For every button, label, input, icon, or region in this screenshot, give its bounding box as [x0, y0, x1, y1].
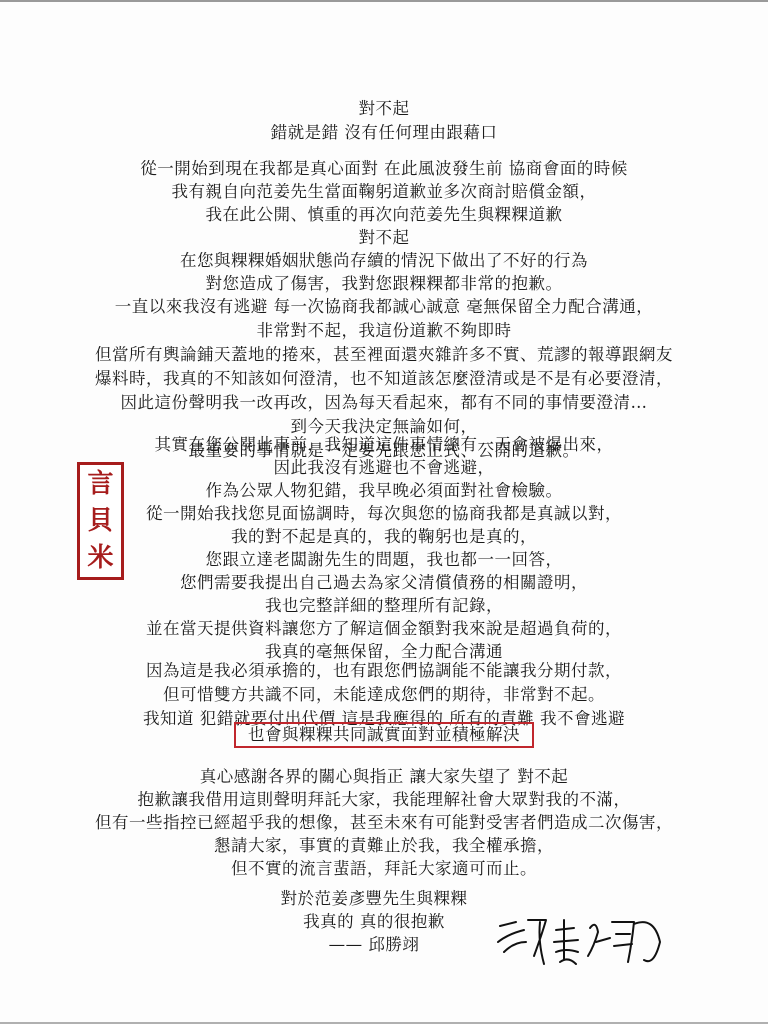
- text-line: 對您造成了傷害，我對您跟粿粿都非常的抱歉。: [0, 273, 768, 295]
- red-seal-stamp-icon: 言 貝 米: [77, 462, 124, 580]
- seal-char: 米: [87, 541, 113, 575]
- text-line: 在您與粿粿婚姻狀態尚存續的情況下做出了不好的行為: [0, 250, 768, 272]
- text-line: 但不實的流言蜚語，拜託大家適可而止。: [0, 858, 768, 880]
- text-line: 爆料時，我真的不知該如何澄清，也不知道該怎麼澄清或是不是有必要澄清，: [0, 368, 768, 390]
- closing-line: 對於范姜彥豐先生與粿粿: [0, 888, 758, 910]
- text-line: 對不起: [0, 227, 768, 249]
- highlighted-line-row: 也會與粿粿共同誠實面對並積極解決: [0, 722, 768, 748]
- text-line: 但當所有輿論鋪天蓋地的捲來，甚至裡面還夾雜許多不實、荒謬的報導跟網友: [0, 344, 768, 366]
- letter-subtitle: 錯就是錯 沒有任何理由跟藉口: [0, 122, 768, 144]
- text-line: 因此這份聲明我一改再改，因為每天看起來，都有不同的事情要澄清…: [0, 392, 768, 414]
- text-line: 其實在您公開此事前，我知道這件事情總有一天會被爆出來，: [0, 434, 768, 456]
- text-line: 我有親自向范姜先生當面鞠躬道歉並多次商討賠償金額，: [0, 181, 768, 203]
- handwritten-signature-icon: [494, 912, 674, 970]
- text-line: 非常對不起，我這份道歉不夠即時: [0, 320, 768, 342]
- text-line: 並在當天提供資料讓您方了解這個金額對我來說是超過負荷的，: [0, 618, 768, 640]
- letter-title: 對不起: [0, 98, 768, 120]
- seal-char: 言: [87, 467, 113, 501]
- top-border: [0, 0, 768, 2]
- text-line: 但有一些指控已經超乎我的想像，甚至未來有可能對受害者們造成二次傷害，: [0, 812, 768, 834]
- text-line: 抱歉讓我借用這則聲明拜託大家，我能理解社會大眾對我的不滿，: [0, 789, 768, 811]
- text-line: 懇請大家，事實的責難止於我，我全權承擔，: [0, 835, 768, 857]
- text-line: 從一開始到現在我都是真心面對 在此風波發生前 協商會面的時候: [0, 158, 768, 180]
- text-line: 但可惜雙方共識不同，未能達成您們的期待，非常對不起。: [0, 684, 768, 706]
- seal-char: 貝: [87, 504, 113, 538]
- text-line: 因為這是我必須承擔的，也有跟您們協調能不能讓我分期付款，: [0, 660, 768, 682]
- highlighted-line: 也會與粿粿共同誠實面對並積極解決: [234, 722, 534, 748]
- text-line: 我在此公開、慎重的再次向范姜先生與粿粿道歉: [0, 204, 768, 226]
- text-line: 真心感謝各界的關心與指正 讓大家失望了 對不起: [0, 766, 768, 788]
- text-line: 我也完整詳細的整理所有記錄，: [0, 595, 768, 617]
- text-line: 一直以來我沒有逃避 每一次協商我都誠心誠意 毫無保留全力配合溝通，: [0, 296, 768, 318]
